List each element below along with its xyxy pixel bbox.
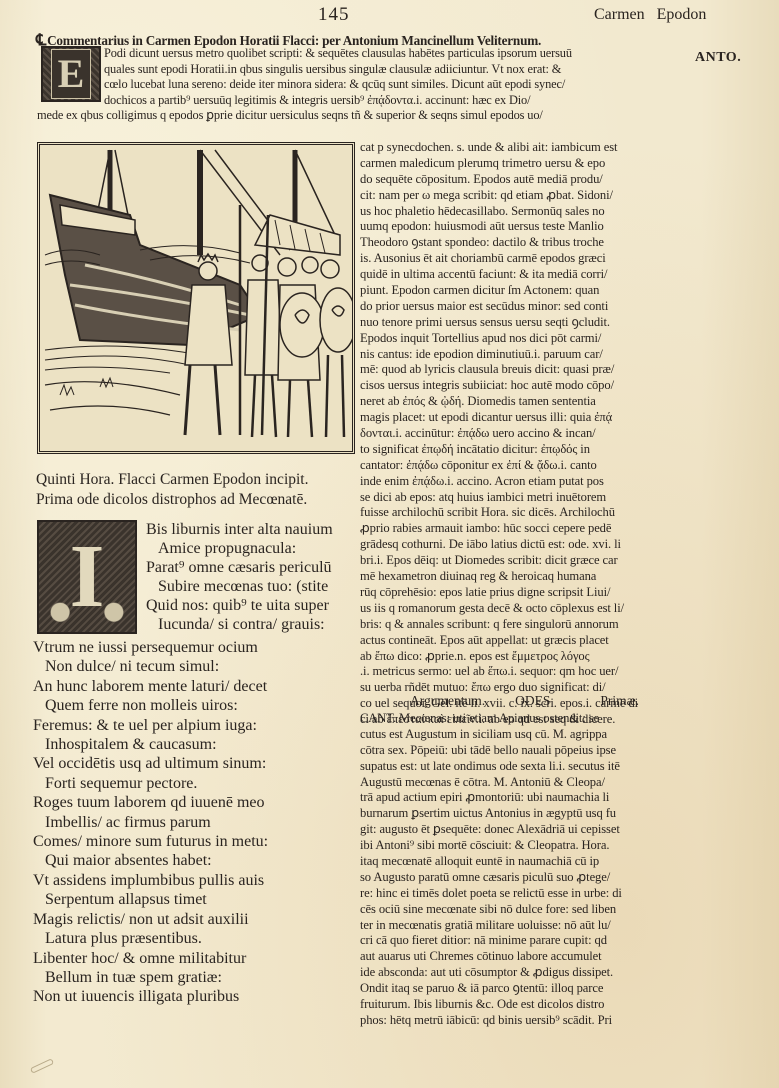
- text-line: .i. metricus sermo: uel ab ἕπω.i. sequor…: [360, 664, 638, 680]
- text-line: re: hinc ei timēs dolet poeta se relictū…: [360, 886, 622, 902]
- verse-line: Quem ferre non molleis uiros:: [33, 696, 268, 715]
- text-line: mede ex qbus colligimus q epodos ꝑprie d…: [37, 108, 543, 124]
- text-line: δονται.i. accinūtur: ἐπᾴδω uero accino &…: [360, 426, 638, 442]
- argument-heading: Argumentum.ODESPrimæ.: [410, 693, 639, 709]
- page-number: 145: [318, 4, 350, 26]
- text-line: cit: nam per ω mega scribit: qd etiam ꝓb…: [360, 188, 638, 204]
- text-line: cat p synecdochen. s. unde & alibi ait: …: [360, 140, 638, 156]
- text-line: aut auarus uti Chremes cōtinuo labore ac…: [360, 949, 622, 965]
- text-line: cisos uersus integris subiiciat: hoc aut…: [360, 378, 638, 394]
- verse-line: Magis relictis/ non ut adsit auxilii: [33, 910, 268, 929]
- argument-text: CANT. Mecœnas: uti etiam Apianus ostendi…: [360, 711, 622, 1029]
- verse-line: Inhospitalem & caucasum:: [33, 735, 268, 754]
- paper-blemish: [30, 1058, 54, 1074]
- text-line: cœlo lucebat luna sereno: deide iter min…: [104, 77, 572, 93]
- text-line: piunt. Epodon carmen dicitur ſm Actonem:…: [360, 283, 638, 299]
- text-line: do prior uersus maior est secūdus minor:…: [360, 299, 638, 315]
- ships-and-soldiers-woodcut-icon: [40, 145, 352, 451]
- verse-line: Imbellis/ ac firmus parum: [33, 813, 268, 832]
- text-line: mē hexametron diuinaq reg & heroicaq hum…: [360, 569, 638, 585]
- commentary-intro: Podi dicunt uersus metro quolibet script…: [104, 46, 572, 108]
- verse-line: Vel occidētis usq ad ultimum sinum:: [33, 754, 268, 773]
- text-line: Theodoro ꝯstant spondeo: dactilo & tribu…: [360, 235, 638, 251]
- text-line: inde enim ἐπᾴδω.i. accino. Acron etiam p…: [360, 474, 638, 490]
- poem-opening-lines: Bis liburnis inter alta nauium Amice pro…: [146, 520, 333, 635]
- text-line: Ondit itaq se paruo & iā parco ꝯtentū: i…: [360, 981, 622, 997]
- text-line: fuisse archilochū scribit Hora. sic dicē…: [360, 505, 638, 521]
- text-line: uumq epodon: huiusmodi aūt uersus teste …: [360, 219, 638, 235]
- text-line: us hoc phaletio hēdecasillabo. Sermonūq …: [360, 204, 638, 220]
- decorated-initial-e: E: [41, 46, 101, 102]
- text-line: neret ab ἐπός & ᾠδή. Diomedis tamen sent…: [360, 394, 638, 410]
- text-line: ꝓprio rabies armauit iambo: hūc socci ce…: [360, 521, 638, 537]
- verse-line: Parat⁹ omne cæsaris periculū: [146, 558, 333, 577]
- verse-line: Roges tuum laborem qd iuuenē meo: [33, 793, 268, 812]
- book-page: 145 Carmen Epodon ℄Commentarius in Carme…: [0, 0, 779, 1088]
- argument-label: Argumentum.: [410, 693, 485, 708]
- text-line: bris: q & annales scribunt: q fere singu…: [360, 617, 638, 633]
- verse-line: Amice propugnacula:: [146, 539, 333, 558]
- text-line: burnarum ꝑsertim uictus Antonius in ægyp…: [360, 806, 622, 822]
- text-line: cutus est Augustum in siciliam usq cū. M…: [360, 727, 622, 743]
- verse-line: Comes/ minore sum futurus in metu:: [33, 832, 268, 851]
- verse-line: Subire mecœnas tuo: (stite: [146, 577, 333, 596]
- text-line: quales sunt epodi Horatii.in qbus singul…: [104, 62, 572, 78]
- text-line: nis cantus: ide epodion diminutiuū.i. pa…: [360, 347, 638, 363]
- poem-body: Vtrum ne iussi persequemur ocium Non dul…: [33, 638, 268, 1007]
- verse-line: Non ut iuuencis illigata pluribus: [33, 987, 268, 1006]
- text-line: dochicos a partib⁹ uersuūq legitimis & i…: [104, 93, 572, 109]
- verse-line: Quid nos: quib⁹ te uita super: [146, 596, 333, 615]
- poem-subtitle: Prima ode dicolos distrophos ad Mecœnatē…: [36, 490, 308, 510]
- decorated-initial-i: I: [37, 520, 137, 634]
- text-line: so Augusto paratū omne cæsaris piculū su…: [360, 870, 622, 886]
- verse-line: Iucunda/ si contra/ grauis:: [146, 615, 333, 634]
- verse-line: Feremus: & te uel per alpium iuga:: [33, 716, 268, 735]
- running-head: Carmen Epodon: [594, 6, 706, 24]
- commentary-right-column: cat p synecdochen. s. unde & alibi ait: …: [360, 140, 638, 728]
- text-line: ab ἔπω dico: ꝓprie.n. epos est ἔμμετρος …: [360, 649, 638, 665]
- text-line: CANT. Mecœnas: uti etiam Apianus ostendi…: [360, 711, 622, 727]
- text-line: git: augusto ēt ꝑsequēte: donec Alexādri…: [360, 822, 622, 838]
- verse-line: Qui maior absentes habet:: [33, 851, 268, 870]
- verse-line: Serpentum allapsus timet: [33, 890, 268, 909]
- text-line: is. Ausonius ēt ait choriambū carmē epod…: [360, 251, 638, 267]
- text-line: Epodos inquit Tortellius apud nos dici p…: [360, 331, 638, 347]
- text-line: bri.i. Epos dēiq: ut Diomedes scribit: d…: [360, 553, 638, 569]
- text-line: Augustū mecœnas ē cōtra. M. Antoniū & Cl…: [360, 775, 622, 791]
- verse-line: Latura plus præsentibus.: [33, 929, 268, 948]
- verse-line: Vtrum ne iussi persequemur ocium: [33, 638, 268, 657]
- text-line: phos: hētq metrū iābicū: qd binis uersib…: [360, 1013, 622, 1029]
- text-line: itaq mecœnatē alloquit euntē in naumachi…: [360, 854, 622, 870]
- text-line: ide absconda: aut uti cōsumptor & ꝓdigus…: [360, 965, 622, 981]
- text-line: magis placet: ut epodi dicantur uersus i…: [360, 410, 638, 426]
- woodcut-illustration: [37, 142, 355, 454]
- text-line: ibi Antoni⁹ sibi mortē cōsciuit: & Cleop…: [360, 838, 622, 854]
- odes-label: ODES: [515, 693, 550, 708]
- text-line: grādesq cothurni. De iābo latius dictū e…: [360, 537, 638, 553]
- text-line: trā apud actium epiri ꝓmontoriū: ubi nau…: [360, 790, 622, 806]
- text-line: Podi dicunt uersus metro quolibet script…: [104, 46, 572, 62]
- verse-line: Libenter hoc/ & omne militabitur: [33, 949, 268, 968]
- verse-line: Vt assidens implumbibus pullis auis: [33, 871, 268, 890]
- poem-heading: Quinti Hora. Flacci Carmen Epodon incipi…: [36, 470, 308, 510]
- text-line: to significat ἐπῳδή incātatio dicitur: ἐ…: [360, 442, 638, 458]
- verse-line: An hunc laborem mente laturi/ decet: [33, 677, 268, 696]
- text-line: cantator: ἐπᾴδω cōponitur ex ἐπί & ᾄδω.i…: [360, 458, 638, 474]
- text-line: supatus est: ut late ondimus ode sexta l…: [360, 759, 622, 775]
- text-line: quidē in ultima accentū faciunt: & ita m…: [360, 267, 638, 283]
- text-line: do sequēte cōpositum. Epodos autē mediā …: [360, 172, 638, 188]
- text-line: carmen maledicum plerumq trimetro uersu …: [360, 156, 638, 172]
- text-line: rūq cōprehēsio: epos latie prius digne s…: [360, 585, 638, 601]
- verse-line: Forti sequemur pectore.: [33, 774, 268, 793]
- text-line: se dici ab epos: atq huius iambici metri…: [360, 490, 638, 506]
- text-line: cri cā quo fieret ditior: nā minime para…: [360, 933, 622, 949]
- text-line: actus contineāt. Epos aūt appellat: ut g…: [360, 633, 638, 649]
- text-line: nuo tenore primi uersus sensus uersu seq…: [360, 315, 638, 331]
- verse-line: Bellum in tuæ spem gratiæ:: [33, 968, 268, 987]
- text-line: cōtra sex. Pōpeiū: ubi tādē bello nauali…: [360, 743, 622, 759]
- text-line: cēs ociū sine mecœnate sibi nō dulce for…: [360, 902, 622, 918]
- text-line: ter in mecœnatis gratiā militare uoluiss…: [360, 918, 622, 934]
- text-line: us iis q romanorum gesta decē & octo cōp…: [360, 601, 638, 617]
- poem-title: Quinti Hora. Flacci Carmen Epodon incipi…: [36, 470, 308, 490]
- verse-line: Non dulce/ ni tecum simul:: [33, 657, 268, 676]
- text-line: fruiturum. Ibis liburnis &c. Ode est dic…: [360, 997, 622, 1013]
- commentary-intro-full: mede ex qbus colligimus q epodos ꝑprie d…: [37, 108, 543, 124]
- prima-label: Primæ.: [600, 693, 639, 708]
- text-line: mē: quod ab lyricis clausula breuis dici…: [360, 362, 638, 378]
- margin-note: ANTO.: [695, 50, 741, 66]
- verse-line: Bis liburnis inter alta nauium: [146, 520, 333, 539]
